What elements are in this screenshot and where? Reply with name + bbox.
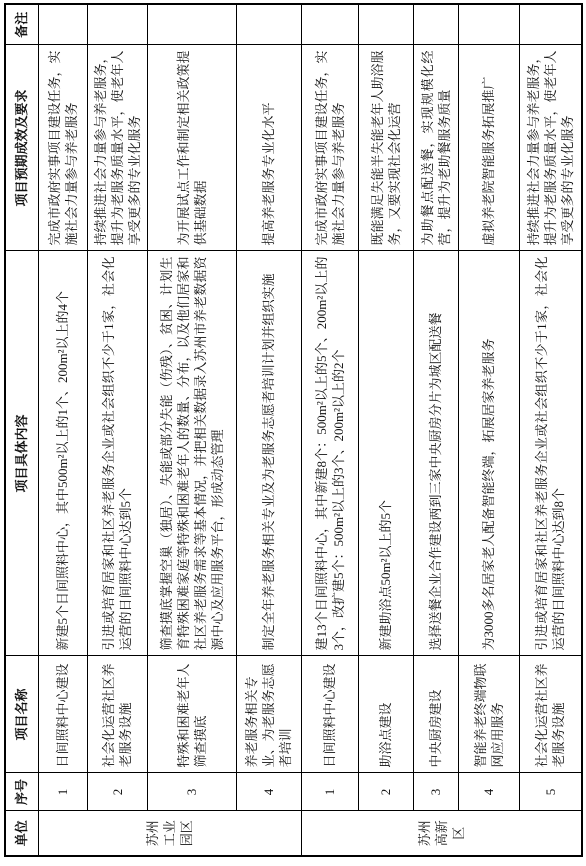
project-name-cell: 养老服务相关专业、为老服务志愿者培训 bbox=[236, 656, 301, 773]
table-row: 苏州高新区1日间照料中心建设建13个日间照料中心，其中新建8个：500m²以上的… bbox=[301, 4, 358, 856]
table-row: 3中央厨房建设选择送餐企业合作建设两到三家中央厨房分片为城区配送餐为助餐点配送餐… bbox=[413, 4, 458, 856]
remark-cell bbox=[38, 4, 87, 45]
row-number-cell: 1 bbox=[301, 773, 358, 811]
remark-cell bbox=[236, 4, 301, 45]
rotated-table-stage: 单位 序号 项目名称 项目具体内容 项目预期成效及要求 备注 苏州工业园区1日间… bbox=[4, 5, 582, 857]
expected-effect-cell: 虚拟养老院智能服务拓展推广 bbox=[458, 45, 519, 251]
table-row: 2助浴点建设新建助浴点50m²以上的5个既能满足失能半失能老年人助浴服务，又要实… bbox=[358, 4, 413, 856]
project-name-cell: 日间照料中心建设 bbox=[38, 656, 87, 773]
project-content-cell: 新建5个日间照料中心，其中500m²以上的1个、200m²以上的4个 bbox=[38, 251, 87, 656]
remark-cell bbox=[458, 4, 519, 45]
remark-cell bbox=[413, 4, 458, 45]
expected-effect-cell: 完成市政府实事项目建设任务，实施社会力量参与养老服务 bbox=[38, 45, 87, 251]
table-row: 2社会化运营社区养老服务设施引进或培育居家和社区养老服务企业或社会组织不少于1家… bbox=[87, 4, 147, 856]
row-number-cell: 1 bbox=[38, 773, 87, 811]
table-row: 3特殊和困难老年人筛查摸底筛查摸底掌握空巢（独居）、失能或部分失能（伤残）、贫困… bbox=[147, 4, 236, 856]
project-name-cell: 社会化运营社区养老服务设施 bbox=[87, 656, 147, 773]
remark-cell bbox=[358, 4, 413, 45]
row-number-cell: 5 bbox=[519, 773, 582, 811]
project-content-cell: 引进或培育居家和社区养老服务企业或社会组织不少于1家，社会化运营的日间照料中心达… bbox=[87, 251, 147, 656]
table-row: 苏州工业园区1日间照料中心建设新建5个日间照料中心，其中500m²以上的1个、2… bbox=[38, 4, 87, 856]
table-row: 4养老服务相关专业、为老服务志愿者培训制定全年养老服务相关专业及为老服务志愿者培… bbox=[236, 4, 301, 856]
project-name-cell: 日间照料中心建设 bbox=[301, 656, 358, 773]
remark-cell bbox=[87, 4, 147, 45]
project-name-cell: 社会化运营社区养老服务设施 bbox=[519, 656, 582, 773]
header-remark: 备注 bbox=[5, 4, 38, 45]
expected-effect-cell: 为助餐点配送餐，实现规模化经营，提升为老助餐服务质量 bbox=[413, 45, 458, 251]
project-content-cell: 建13个日间照料中心，其中新建8个：500m²以上的5个、200m²以上的3个，… bbox=[301, 251, 358, 656]
expected-effect-cell: 既能满足失能半失能老年人助浴服务，又要实现社会化运营 bbox=[358, 45, 413, 251]
project-name-cell: 智能养老终端物联网应用服务 bbox=[458, 656, 519, 773]
table-row: 4智能养老终端物联网应用服务为3000多名居家老人配备智能终端，拓展居家养老服务… bbox=[458, 4, 519, 856]
table-row: 5社会化运营社区养老服务设施引进或培育居家和社区养老服务企业或社会组织不少于1家… bbox=[519, 4, 582, 856]
header-project-content: 项目具体内容 bbox=[5, 251, 38, 656]
remark-cell bbox=[301, 4, 358, 45]
project-content-cell: 选择送餐企业合作建设两到三家中央厨房分片为城区配送餐 bbox=[413, 251, 458, 656]
project-name-cell: 特殊和困难老年人筛查摸底 bbox=[147, 656, 236, 773]
project-content-cell: 为3000多名居家老人配备智能终端，拓展居家养老服务 bbox=[458, 251, 519, 656]
header-expected-effect: 项目预期成效及要求 bbox=[5, 45, 38, 251]
project-name-cell: 助浴点建设 bbox=[358, 656, 413, 773]
header-project-name: 项目名称 bbox=[5, 656, 38, 773]
row-number-cell: 4 bbox=[236, 773, 301, 811]
row-number-cell: 4 bbox=[458, 773, 519, 811]
unit-cell: 苏州高新区 bbox=[301, 811, 582, 856]
project-content-cell: 新建助浴点50m²以上的5个 bbox=[358, 251, 413, 656]
expected-effect-cell: 提高养老服务专业化水平 bbox=[236, 45, 301, 251]
project-content-cell: 引进或培育居家和社区养老服务企业或社会组织不少于1家，社会化运营的日间照料中心达… bbox=[519, 251, 582, 656]
row-number-cell: 2 bbox=[87, 773, 147, 811]
project-content-cell: 制定全年养老服务相关专业及为老服务志愿者培训计划并组织实施 bbox=[236, 251, 301, 656]
header-unit: 单位 bbox=[5, 811, 38, 856]
expected-effect-cell: 为开展试点工作和制定相关政策提供基础数据 bbox=[147, 45, 236, 251]
row-number-cell: 3 bbox=[413, 773, 458, 811]
expected-effect-cell: 完成市政府实事项目建设任务，实施社会力量参与养老服务 bbox=[301, 45, 358, 251]
row-number-cell: 2 bbox=[358, 773, 413, 811]
expected-effect-cell: 持续推进社会力量参与养老服务，提升为老服务质量水平，使老年人享受更多的专业化服务 bbox=[519, 45, 582, 251]
expected-effect-cell: 持续推进社会力量参与养老服务，提升为老服务质量水平，使老年人享受更多的专业化服务 bbox=[87, 45, 147, 251]
header-no: 序号 bbox=[5, 773, 38, 811]
project-content-cell: 筛查摸底掌握空巢（独居）、失能或部分失能（伤残）、贫困、计划生育特殊困难家庭等特… bbox=[147, 251, 236, 656]
unit-cell: 苏州工业园区 bbox=[38, 811, 301, 856]
elderly-care-projects-table: 单位 序号 项目名称 项目具体内容 项目预期成效及要求 备注 苏州工业园区1日间… bbox=[4, 3, 583, 857]
remark-cell bbox=[147, 4, 236, 45]
header-row: 单位 序号 项目名称 项目具体内容 项目预期成效及要求 备注 bbox=[5, 4, 38, 856]
row-number-cell: 3 bbox=[147, 773, 236, 811]
project-name-cell: 中央厨房建设 bbox=[413, 656, 458, 773]
remark-cell bbox=[519, 4, 582, 45]
